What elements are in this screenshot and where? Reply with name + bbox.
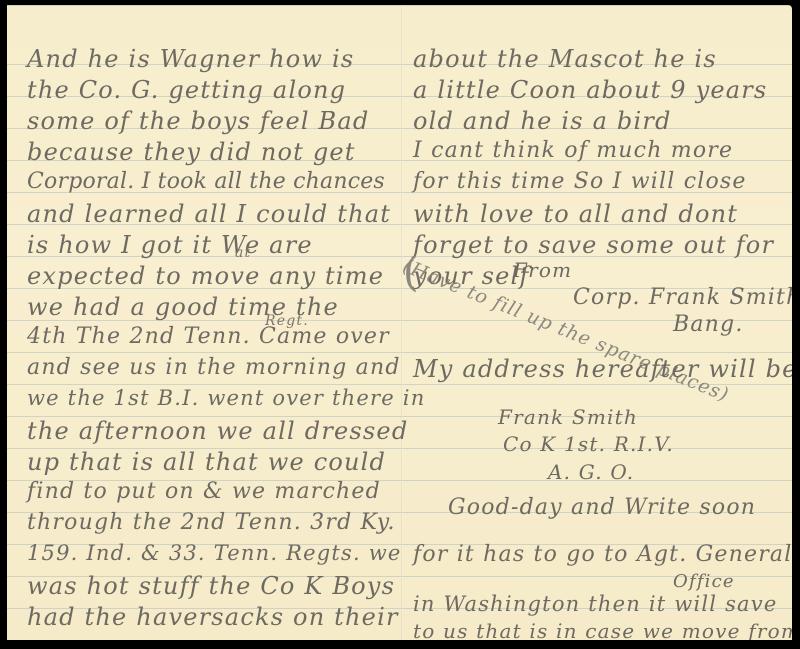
text-line: 159. Ind. & 33. Tenn. Regts. we (27, 541, 402, 565)
text-line: And he is Wagner how is (27, 45, 354, 73)
text-line: and see us in the morning and (27, 355, 401, 380)
text-line: Corporal. I took all the chances (27, 169, 385, 194)
text-line: a little Coon about 9 years (413, 76, 767, 104)
address-line: A. G. O. (548, 460, 634, 484)
text-line: the Co. G. getting along (27, 76, 346, 104)
postscript-line: Office (673, 571, 735, 592)
signature: Corp. Frank Smith (573, 285, 792, 310)
text-line: old and he is a bird (413, 107, 672, 135)
text-line: because they did not get (27, 138, 356, 166)
address-line: Co K 1st. R.I.V. (503, 432, 674, 456)
postscript-line: for it has to go to Agt. General (413, 542, 792, 567)
text-line: and learned all I could that (27, 200, 391, 228)
signature-line2: Bang. (673, 312, 744, 337)
closing: From (513, 258, 572, 282)
text-line: the afternoon we all dressed (27, 417, 408, 445)
sign-off: Good-day and Write soon (448, 495, 756, 520)
text-line: expected to move any time (27, 262, 384, 290)
interlinear-note: at (235, 245, 251, 261)
text-line: for this time So I will close (413, 169, 747, 194)
postscript-line: to us that is in case we move from (413, 619, 792, 640)
text-line: up that is all that we could (27, 448, 386, 476)
text-line: find to put on & we marched (27, 479, 381, 504)
text-line: I cant think of much more (413, 138, 733, 163)
text-line: with love to all and dont (413, 200, 738, 228)
text-line: through the 2nd Tenn. 3rd Ky. (27, 510, 396, 535)
address-line: Frank Smith (498, 405, 638, 429)
address-intro: My address hereafter will be. (413, 355, 792, 383)
text-line: about the Mascot he is (413, 45, 717, 73)
text-line: had the haversacks on their (27, 603, 399, 631)
text-line: some of the boys feel Bad (27, 107, 369, 135)
letter-sheet: And he is Wagner how is the Co. G. getti… (7, 5, 792, 640)
text-line: 4th The 2nd Tenn. Came over (27, 324, 390, 349)
text-line: we the 1st B.I. went over there in (27, 386, 425, 410)
right-page: about the Mascot he is a little Coon abo… (403, 5, 792, 640)
text-line: was hot stuff the Co K Boys (27, 572, 395, 600)
text-line: forget to save some out for (413, 231, 774, 259)
text-line: is how I got it We are (27, 231, 313, 259)
left-page: And he is Wagner how is the Co. G. getti… (7, 5, 401, 640)
postscript-line: in Washington then it will save (413, 592, 777, 616)
